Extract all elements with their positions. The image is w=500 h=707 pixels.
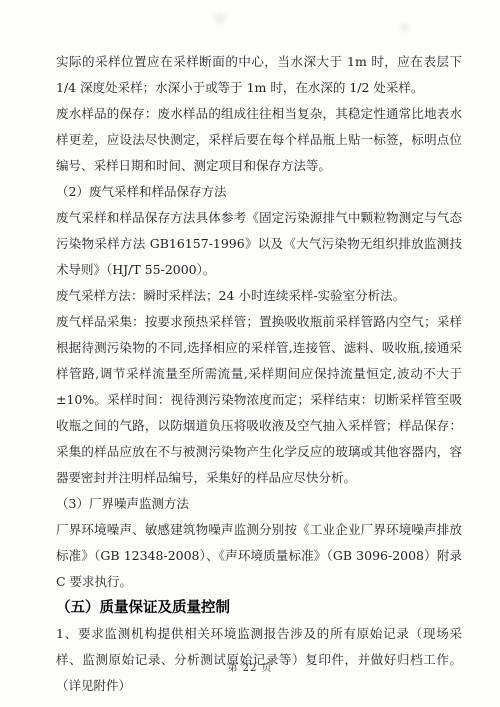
paragraph-waste-gas-reference-standards: 废气采样和样品保存方法具体参考《固定污染源排气中颗粒物测定与气态污染物采样方法 … — [56, 205, 462, 283]
subheading-waste-gas-sampling-storage-method: （2）废气采样和样品保存方法 — [56, 179, 462, 205]
heading-quality-assurance-and-control: （五）质量保证及质量控制 — [56, 595, 462, 621]
paragraph-noise-monitoring-standards: 厂界环境噪声、敏感建筑物噪声监测分别按《工业企业厂界环境噪声排放标准》（GB 1… — [56, 517, 462, 595]
paragraph-wastewater-sample-storage: 废水样品的保存：废水样品的组成往往相当复杂，其稳定性通常比地表水样更差，应设法尽… — [56, 101, 462, 179]
paragraph-waste-gas-sample-collection: 废气样品采集：按要求预热采样管；置换吸收瓶前采样管路内空气；采样根据待测污染物的… — [56, 309, 462, 491]
subheading-boundary-noise-monitoring-method: （3）厂界噪声监测方法 — [56, 491, 462, 517]
page-footer: 第 22 页 — [0, 659, 500, 674]
document-page: 实际的采样位置应在采样断面的中心，当水深大于 1m 时，应在表层下 1/4 深度… — [0, 0, 500, 707]
paragraph-waste-gas-sampling-methods: 废气采样方法：瞬时采样法；24 小时连续采样-实验室分析法。 — [56, 283, 462, 309]
scan-smudge-artifact — [214, 14, 226, 23]
page-number: 第 22 页 — [227, 663, 272, 674]
page-body: 实际的采样位置应在采样断面的中心，当水深大于 1m 时，应在表层下 1/4 深度… — [56, 49, 462, 699]
paragraph-water-sampling-position: 实际的采样位置应在采样断面的中心，当水深大于 1m 时，应在表层下 1/4 深度… — [56, 49, 462, 101]
scan-smudge-artifact — [400, 24, 409, 31]
